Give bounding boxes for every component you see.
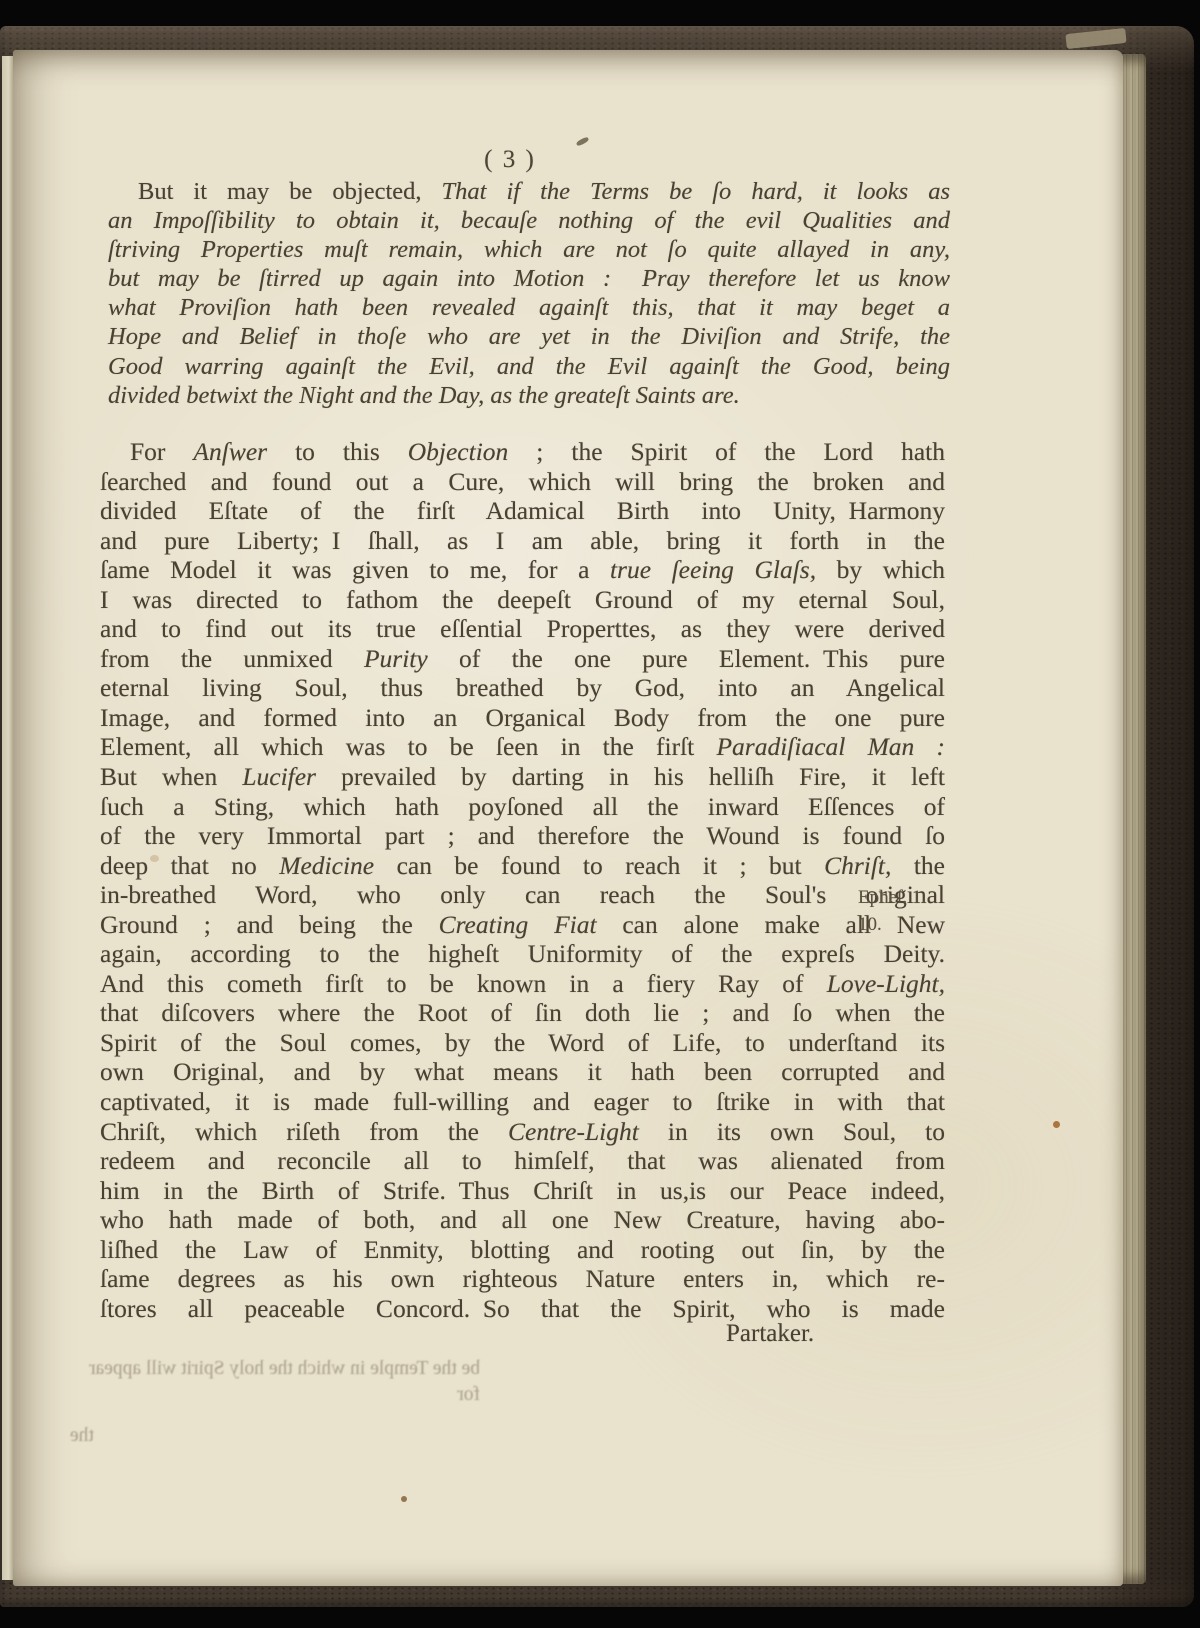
- text-line: ſearched and found out a Cure, which wil…: [100, 467, 945, 497]
- fox-spot: [401, 1496, 407, 1502]
- text-line: own Original, and by what means it hath …: [100, 1057, 945, 1087]
- text-line: Good warring againſt the Evil, and the E…: [108, 352, 950, 381]
- text-line: Hope and Belief in thoſe who are yet in …: [108, 322, 950, 351]
- text-line: an Impoſſibility to obtain it, becauſe n…: [108, 206, 950, 235]
- text-line: in-breathed Word, who only can reach the…: [100, 880, 945, 910]
- page-number: ( 3 ): [440, 146, 580, 174]
- text-line: But it may be objected, That if the Term…: [108, 177, 950, 206]
- text-line: and to find out its true eſſential Prope…: [100, 614, 945, 644]
- text-line: divided Eſtate of the firſt Adamical Bir…: [100, 496, 945, 526]
- answer-paragraph: For Anſwer to this Objection ; the Spiri…: [100, 437, 945, 1323]
- text-line: Chriſt, which riſeth from the Centre-Lig…: [100, 1117, 945, 1147]
- text-line: of the very Immortal part ; and therefor…: [100, 821, 945, 851]
- text-line: and pure Liberty; I ſhall, as I am able,…: [100, 526, 945, 556]
- text-line: deep that no Medicine can be found to re…: [100, 851, 945, 881]
- text-line: ſtriving Properties muſt remain, which a…: [108, 235, 950, 264]
- text-line: ſame degrees as his own righteous Nature…: [100, 1264, 945, 1294]
- text-line: eternal living Soul, thus breathed by Go…: [100, 673, 945, 703]
- margin-note-line: 10.: [858, 911, 976, 938]
- text-line: divided betwixt the Night and the Day, a…: [108, 381, 950, 410]
- text-line: Spirit of the Soul comes, by the Word of…: [100, 1028, 945, 1058]
- text-line: liſhed the Law of Enmity, blotting and r…: [100, 1235, 945, 1265]
- fox-spot: [1053, 1121, 1060, 1128]
- text-line: ſuch a Sting, which hath poyſoned all th…: [100, 792, 945, 822]
- text-line: I was directed to fathom the deepeſt Gro…: [100, 585, 945, 615]
- text-line: from the unmixed Purity of the one pure …: [100, 644, 945, 674]
- text-line: Image, and formed into an Organical Body…: [100, 703, 945, 733]
- text-line: redeem and reconcile all to himſelf, tha…: [100, 1146, 945, 1176]
- bleedthrough-line: be the Temple in which the holy Spirit w…: [70, 1356, 480, 1408]
- margin-note-line: Epheſ. 1.: [858, 884, 976, 911]
- text-line: Ground ; and being the Creating Fiat can…: [100, 910, 945, 940]
- text-line: him in the Birth of Strife. Thus Chriſt …: [100, 1176, 945, 1206]
- margin-note-scripture-ref: Epheſ. 1. 10.: [858, 884, 976, 938]
- bleedthrough-line: the: [70, 1423, 480, 1449]
- catchword: Partaker.: [726, 1320, 814, 1348]
- fox-spot: [150, 855, 159, 862]
- text-line: For Anſwer to this Objection ; the Spiri…: [100, 437, 945, 467]
- text-line: ſame Model it was given to me, for a tru…: [100, 555, 945, 585]
- text-line: captivated, it is made full-willing and …: [100, 1087, 945, 1117]
- text-line: ſtores all peaceable Concord. So that th…: [100, 1294, 945, 1324]
- text-line: what Proviſion hath been revealed againſ…: [108, 293, 950, 322]
- text-line: that diſcovers where the Root of ſin dot…: [100, 998, 945, 1028]
- text-line: again, according to the higheſt Uniformi…: [100, 939, 945, 969]
- text-line: but may be ſtirred up again into Motion …: [108, 264, 950, 293]
- text-line: Element, all which was to be ſeen in the…: [100, 732, 945, 762]
- text-line: who hath made of both, and all one New C…: [100, 1205, 945, 1235]
- objection-paragraph: But it may be objected, That if the Term…: [108, 177, 950, 410]
- adjacent-page-edge: [2, 56, 13, 1580]
- bleedthrough-text: be the Temple in which the holy Spirit w…: [70, 1356, 480, 1449]
- text-line: And this cometh firſt to be known in a f…: [100, 969, 945, 999]
- text-line: But when Lucifer prevailed by darting in…: [100, 762, 945, 792]
